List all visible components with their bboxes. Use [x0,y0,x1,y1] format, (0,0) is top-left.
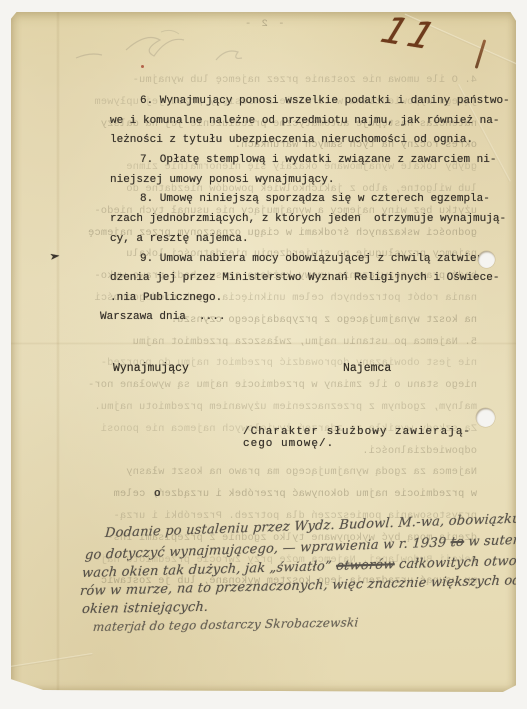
typed-line: niejszej umowy ponosi wynajmujący. [110,171,510,191]
typed-note-line2: cego umowę/. [243,438,334,450]
bleedthrough-line: w przedmiocie najmu dokonywać przeróbek … [21,484,477,506]
typed-note-line1: /Charakter służbowy zawierają- [243,426,471,438]
bottom-crease [3,653,92,669]
typed-line: 7. Opłatę stemplową i wydatki związane z… [110,151,510,171]
bleedthrough-line: nie jest obowiązany doprowadzić przedmio… [21,353,477,375]
document-page: 4. O ile umowa nie zostanie przez najemc… [11,12,516,692]
bleedthrough-line: Najemca za zgodą wynajmującego ma prawo … [21,462,477,484]
date-line: Warszawa dnia .... [100,311,225,323]
typed-note: /Charakter służbowy zawierają-cego umowę… [243,427,471,450]
typed-line: 6. Wynajmujący ponosi wszelkie podatki i… [110,92,510,112]
typed-line: 8. Umowę niniejszą sporządza się w czter… [110,190,510,210]
bleedthrough-line: na koszt wynajmującego z przypadającego … [21,310,477,332]
typed-line: cy, a resztę najemca. [110,230,510,250]
bleedthrough-line: malnym, zgodnym z przeznaczeniem używani… [21,397,477,419]
ghost-page-number: - 2 - [243,18,285,30]
handwritten-annotation-line: okien istniejących. [81,600,209,617]
stray-ink-stroke [475,39,486,68]
typed-line: we i komunalne należne od przedmiotu naj… [110,112,510,132]
handwriting-segment: w sutere- [464,532,527,549]
typed-line: 9. Umowa nabiera mocy obowiązującej z ch… [110,250,510,270]
typed-line: leżności z tytułu ubezpieczenia nierucho… [110,131,510,151]
typed-body: 6. Wynajmujący ponosi wszelkie podatki i… [110,92,510,309]
typed-line: rzach jednobrzmiących, z których jeden o… [110,210,510,230]
typed-line: .nia Publicznego. [110,289,510,309]
handwriting-segment: całkowitych otwo- [394,554,522,573]
red-ink-speck [141,65,144,68]
handwriting-struck-word: otworów [336,557,396,574]
stray-typed-char: o [154,488,161,500]
punch-hole [476,408,495,427]
handwritten-annotation-line: materjał do tego dostarczy Skrobaczewski [92,615,359,634]
bleedthrough-line: 5. Najemca po ustaniu najmu, zwłaszcza p… [21,332,477,354]
bleedthrough-line: niego stanu o ile zmiany w przedmiocie n… [21,375,477,397]
scanned-document: 4. O ile umowa nie zostanie przez najemc… [0,0,527,709]
typed-line: dzenia jej przez Ministerstwo Wyznań Rel… [110,269,510,289]
handwritten-margin-number: 11 [375,9,443,58]
signature-label-landlord: Wynajmujący [113,362,189,375]
margin-arrow-mark: ➤ [49,250,61,262]
signature-label-tenant: Najemca [343,362,391,375]
punch-hole [478,251,495,268]
